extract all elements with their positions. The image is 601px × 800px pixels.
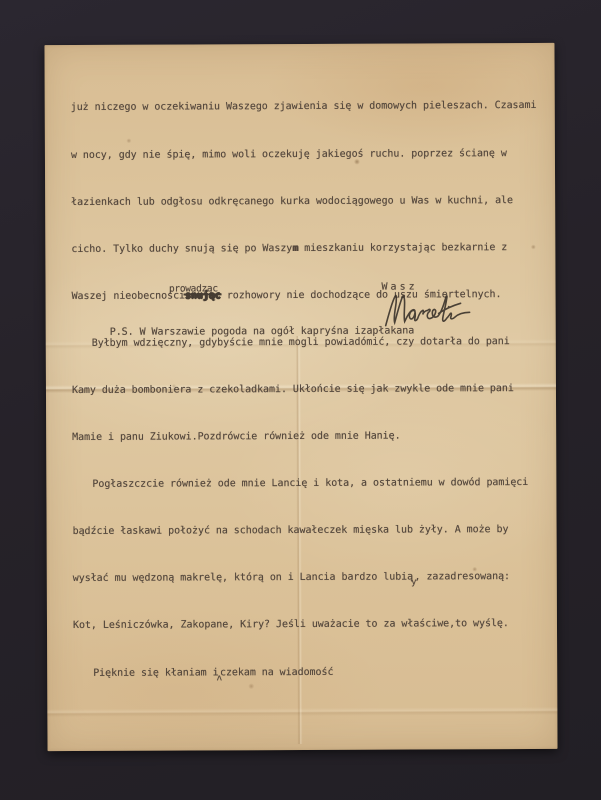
signature-stroke xyxy=(386,295,470,325)
line-text: Pogłaszczcie również ode mnie Lancię i k… xyxy=(92,477,528,490)
line-text: już niczego w oczekiwaniu Waszego zjawie… xyxy=(71,100,537,113)
letter-line-13: Pięknie się kłaniam iʌczekam na wiadomoś… xyxy=(73,663,565,681)
letter-line-1: już niczego w oczekiwaniu Waszego zjawie… xyxy=(71,98,563,116)
letter-line-11: wysłać mu wędzoną makrelę, którą on i La… xyxy=(73,569,565,587)
line-text: w nocy, gdy nie śpię, mimo woli oczekuję… xyxy=(71,148,507,161)
line-text: Mamie i panu Ziukowi.Pozdrówcie również … xyxy=(72,431,400,443)
letter-line-2: w nocy, gdy nie śpię, mimo woli oczekuję… xyxy=(71,145,563,163)
letter-line-5: Waszej nieobecnościprowadzącsnując rozho… xyxy=(72,287,564,305)
line-text: cicho. Tylko duchy snują się po Waszy xyxy=(71,243,292,255)
postscript-line: P.S. W Warszawie pogoda na ogół kapryśna… xyxy=(110,326,415,338)
letter-body: już niczego w oczekiwaniu Waszego zjawie… xyxy=(71,67,566,713)
line-text: bądźcie łaskawi położyć na schodach kawa… xyxy=(73,524,509,537)
letter-line-8: Mamie i panu Ziukowi.Pozdrówcie również … xyxy=(72,428,564,446)
letter-line-10: bądźcie łaskawi położyć na schodach kawa… xyxy=(73,522,565,540)
line-text: łazienkach lub odgłosu odkręcanego kurka… xyxy=(71,195,513,208)
letter-line-7: Kamy duża bomboniera z czekoladkami. Ukł… xyxy=(72,381,564,399)
letter-line-4: cicho. Tylko duchy snują się po Waszym m… xyxy=(71,240,563,258)
line-text: czekam na wiadomość xyxy=(220,666,334,677)
line-text: Byłbym wdzięczny, gdybyście mnie mogli p… xyxy=(92,336,510,349)
letter-page: już niczego w oczekiwaniu Waszego zjawie… xyxy=(44,43,557,751)
letter-line-9: Pogłaszczcie również ode mnie Lancię i k… xyxy=(72,475,564,493)
typed-correction: prowadzącsnując xyxy=(185,290,221,301)
inserted-mark-below: y xyxy=(411,578,416,588)
line-text: wysłać mu wędzoną makrelę, którą on i La… xyxy=(73,572,413,584)
line-text: , zazadresowaną: xyxy=(414,571,510,582)
struck-out-word: snując xyxy=(185,288,221,304)
line-text: Pięknie się kłaniam i xyxy=(93,667,218,679)
line-text: Kamy duża bomboniera z czekoladkami. Ukł… xyxy=(72,383,514,396)
letter-line-3: łazienkach lub odgłosu odkręcanego kurka… xyxy=(71,192,563,210)
letter-line-12: Kot, Leśniczówka, Zakopane, Kiry? Jeśli … xyxy=(73,616,565,634)
insertion-caret-mark: ʌ xyxy=(217,673,222,683)
line-text: mieszkaniu korzystając bezkarnie z xyxy=(298,242,507,254)
line-text: Kot, Leśniczówka, Zakopane, Kiry? Jeśli … xyxy=(73,619,509,632)
scan-background: już niczego w oczekiwaniu Waszego zjawie… xyxy=(0,0,601,800)
